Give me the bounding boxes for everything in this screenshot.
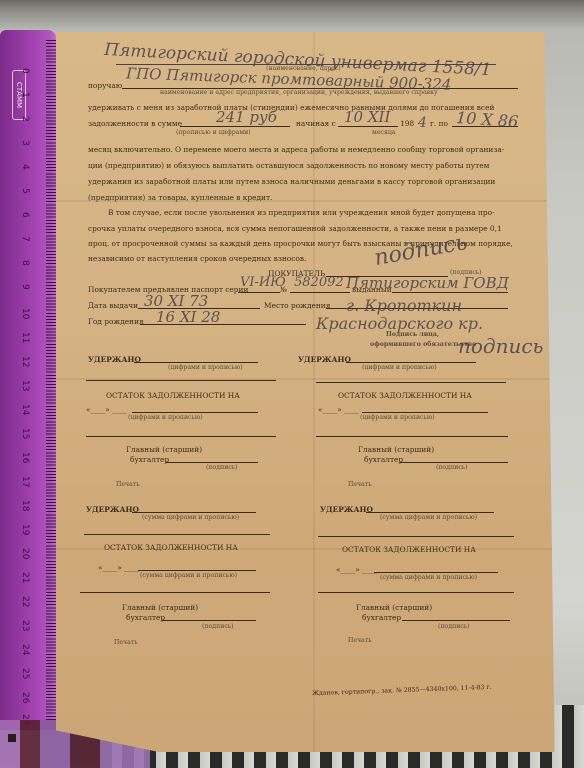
fill-line xyxy=(366,512,494,513)
withheld-label: УДЕРЖАНО xyxy=(86,506,139,513)
ruler-number: 23 xyxy=(20,620,30,636)
ruler-number: 4 xyxy=(20,164,30,180)
ruler-number: 22 xyxy=(20,596,30,612)
number-label: № xyxy=(280,286,287,293)
sign-caption: (подпись) xyxy=(436,465,468,471)
ruler-number: 15 xyxy=(20,428,30,444)
balance-caption: (цифрами и прописью) xyxy=(360,415,435,421)
text-line: независимо от наступления сроков очередн… xyxy=(88,255,306,262)
withheld-caption: (сумма цифрами и прописью) xyxy=(380,515,477,521)
date-marks: «____» ____ xyxy=(86,406,127,413)
fill-line xyxy=(362,412,488,413)
date-marks: «____» ____ xyxy=(336,566,377,573)
fill-line xyxy=(134,362,258,363)
birthplace-label: Место рождения xyxy=(264,302,330,309)
handwritten-passport-series: VI-ИЮ xyxy=(240,276,286,289)
fill-line xyxy=(132,412,258,413)
ruler-number: 8 xyxy=(20,260,30,276)
fill-line xyxy=(316,436,508,437)
ruler-number: 10 xyxy=(20,308,30,324)
ruler-number: 21 xyxy=(20,572,30,588)
printer-imprint: Жданов, гортипогр., зак. № 2855—4340х100… xyxy=(312,685,492,697)
text-line: удерживать с меня из заработной платы (с… xyxy=(88,104,494,111)
ruler-number: 1 xyxy=(20,92,30,108)
fill-line xyxy=(290,292,350,293)
handwritten-birth-year: 16 XI 28 xyxy=(156,310,220,325)
handwritten-year-digit: 4 xyxy=(418,116,427,130)
stamp-label: Печать xyxy=(116,482,140,488)
ruler-number: 20 xyxy=(20,548,30,564)
handwritten-start-date: 10 XII xyxy=(344,110,390,125)
ruler-number: 5 xyxy=(20,188,30,204)
stamp-label: Печать xyxy=(348,482,372,488)
text-line: месяц включительно. О перемене моего мес… xyxy=(88,146,504,153)
accountant-label-1: Главный (старший) xyxy=(358,446,434,453)
balance-caption: (сумма цифрами и прописью) xyxy=(140,573,237,579)
sum-label: задолженности в сумме xyxy=(88,120,182,127)
handwritten-amount: 241 руб xyxy=(216,110,277,125)
fill-line xyxy=(402,620,510,621)
fill-line xyxy=(374,572,498,573)
ruler-number: 19 xyxy=(20,524,30,540)
balance-label: ОСТАТОК ЗАДОЛЖЕННОСТИ НА xyxy=(104,544,238,551)
handwritten-birthplace-2: Краснодарского кр. xyxy=(316,316,483,332)
issue-date-label: Дата выдачи xyxy=(88,302,138,309)
withheld-label: УДЕРЖАНО xyxy=(88,356,141,363)
fill-line xyxy=(80,592,270,593)
official-signature-handwriting: подпись xyxy=(458,336,543,356)
text-line: В том случае, если после увольнения из п… xyxy=(108,209,495,216)
accountant-label-2: бухгалтер xyxy=(362,614,401,621)
handwritten-passport-number: 582092 xyxy=(294,276,344,289)
accountant-label-1: Главный (старший) xyxy=(126,446,202,453)
date-marks: «____» ____ xyxy=(318,406,359,413)
fill-line xyxy=(86,380,276,381)
text-line: ции (предприятию) и обязуюсь выплатить о… xyxy=(88,162,489,169)
fill-line xyxy=(86,436,276,437)
balance-label: ОСТАТОК ЗАДОЛЖЕННОСТИ НА xyxy=(106,392,240,399)
ruler-number: 6 xyxy=(20,212,30,228)
fill-line xyxy=(238,292,280,293)
ruler-number: 13 xyxy=(20,380,30,396)
text-line: срочка уплаты очередного взноса, вся сум… xyxy=(88,225,502,232)
birth-year-label: Год рождения xyxy=(88,318,144,325)
fill-line xyxy=(316,382,506,383)
text-line: удержания из заработной платы или путем … xyxy=(88,178,495,185)
fill-line xyxy=(166,462,258,463)
ruler-number: 3 xyxy=(20,140,30,156)
fill-line xyxy=(138,570,256,571)
ruler-number: 11 xyxy=(20,332,30,348)
accountant-label-1: Главный (старший) xyxy=(356,604,432,611)
sign-caption: (подпись) xyxy=(438,624,470,630)
balance-label: ОСТАТОК ЗАДОЛЖЕННОСТИ НА xyxy=(338,392,472,399)
fill-line xyxy=(318,536,514,537)
year-label: 198 xyxy=(400,120,414,127)
caption-amount: (прописью и цифрами) xyxy=(176,130,251,136)
po-label: г. по xyxy=(430,120,448,127)
date-marks: «____» ____ xyxy=(98,564,139,571)
stamp-label: Печать xyxy=(348,638,372,644)
ruler-number: 7 xyxy=(20,236,30,252)
caption-organization: наименование и адрес предприятия, органи… xyxy=(160,90,438,96)
accountant-label-1: Главный (старший) xyxy=(122,604,198,611)
ruler-ticks xyxy=(46,40,56,720)
official-caption-1: Подпись лица, xyxy=(386,332,439,338)
accountant-label-2: бухгалтер xyxy=(364,456,403,463)
ruler-number: 0 xyxy=(20,68,30,84)
sign-caption: (подпись) xyxy=(206,465,238,471)
balance-label: ОСТАТОК ЗАДОЛЖЕННОСТИ НА xyxy=(342,546,476,553)
caption-month: месяца xyxy=(372,130,396,136)
handwritten-birthplace-1: г. Кропоткин xyxy=(346,298,462,314)
buyer-signature-handwriting: подпись xyxy=(373,232,469,270)
fill-line xyxy=(400,462,508,463)
ruler-number: 2 xyxy=(20,116,30,132)
fill-line xyxy=(346,362,476,363)
fill-line xyxy=(180,126,290,127)
balance-caption: (сумма цифрами и прописью) xyxy=(380,575,477,581)
fill-line xyxy=(338,126,398,127)
fill-line xyxy=(84,534,270,535)
handwritten-issue-date: 30 XI 73 xyxy=(144,294,208,309)
withheld-caption: (цифрами и прописью) xyxy=(168,365,243,371)
ruler-number: 14 xyxy=(20,404,30,420)
poruchayu-label: поручаю xyxy=(88,82,122,89)
fill-line xyxy=(392,292,508,293)
start-label: начиная с xyxy=(296,120,336,127)
withheld-label: УДЕРЖАНО xyxy=(320,506,373,513)
accountant-label-2: бухгалтер xyxy=(130,456,169,463)
balance-caption: (цифрами и прописью) xyxy=(128,415,203,421)
ruler-number: 25 xyxy=(20,668,30,684)
ruler-number: 12 xyxy=(20,356,30,372)
ruler: СТАММ 0 1 2 3 4 5 6 7 8 9 10 11 12 13 14… xyxy=(0,30,56,730)
withheld-caption: (сумма цифрами и прописью) xyxy=(142,515,239,521)
fill-line xyxy=(162,620,256,621)
ruler-number: 17 xyxy=(20,476,30,492)
accountant-label-2: бухгалтер xyxy=(126,614,165,621)
ruler-number: 18 xyxy=(20,500,30,516)
fill-line xyxy=(318,592,514,593)
stamp-label: Печать xyxy=(114,640,138,646)
sign-caption: (подпись) xyxy=(202,624,234,630)
credit-obligation-document: Пятигорский городской универмаг 1558/1 (… xyxy=(56,32,570,752)
handwritten-issued-by: Пятигорским ГОВД xyxy=(346,276,509,291)
withheld-caption: (цифрами и прописью) xyxy=(362,365,437,371)
handwritten-end-date: 10 X 86 xyxy=(456,110,519,130)
fill-line xyxy=(132,512,256,513)
ruler-number: 9 xyxy=(20,284,30,300)
withheld-label: УДЕРЖАНО xyxy=(298,356,351,363)
ruler-number: 24 xyxy=(20,644,30,660)
ruler-number: 26 xyxy=(20,692,30,708)
text-line: (предприятия) за товары, купленные в кре… xyxy=(88,194,272,201)
ruler-number: 16 xyxy=(20,452,30,468)
